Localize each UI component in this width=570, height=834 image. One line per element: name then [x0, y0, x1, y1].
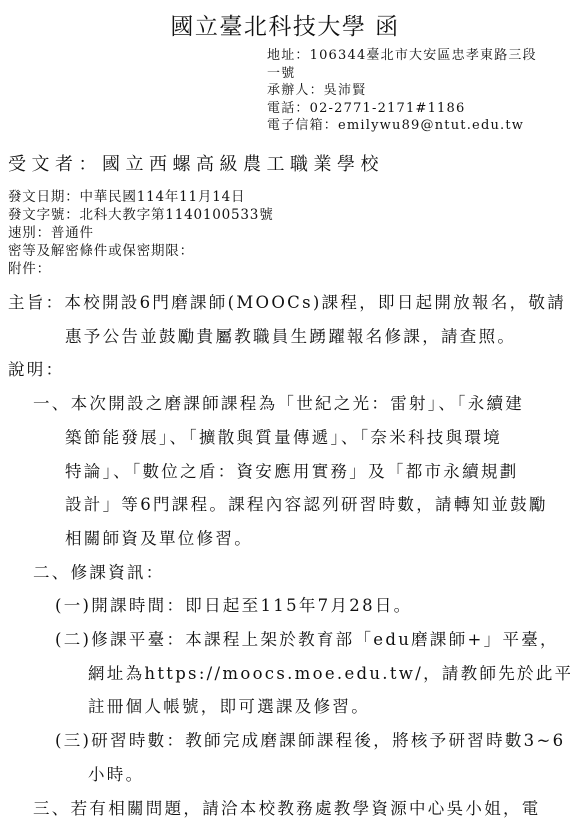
- body-line: (二)修課平臺：本課程上架於教育部「edu磨課師+」平臺，: [0, 623, 570, 657]
- body-line: 特論」、「數位之盾：資安應用實務」及「都市永續規劃: [0, 455, 570, 489]
- body-line: 相關師資及單位修習。: [0, 522, 570, 556]
- official-letter-page: 國立臺北科技大學 函 地址：106344臺北市大安區忠孝東路三段一號承辦人：吳沛…: [0, 0, 570, 834]
- doc-meta-line: 發文字號：北科大教字第1140100533號: [8, 207, 274, 225]
- document-body: 主旨：本校開設6門磨課師(MOOCs)課程，即日起開放報名，敬請惠予公告並鼓勵貴…: [0, 286, 570, 825]
- body-line: 網址為https://moocs.moe.edu.tw/，請教師先於此平臺: [0, 657, 570, 691]
- body-line: 惠予公告並鼓勵貴屬教職員生踴躍報名修課，請查照。: [0, 320, 570, 354]
- recipient-line: 受文者：國立西螺高級農工職業學校: [8, 150, 384, 176]
- doc-meta-line: 密等及解密條件或保密期限：: [8, 243, 274, 261]
- body-line: 設計」等6門課程。課程內容認列研習時數，請轉知並鼓勵: [0, 488, 570, 522]
- doc-meta-line: 速別：普通件: [8, 225, 274, 243]
- body-line: 主旨：本校開設6門磨課師(MOOCs)課程，即日起開放報名，敬請: [0, 286, 570, 320]
- sender-info-line: 一號: [267, 65, 537, 83]
- doc-meta-line: 發文日期：中華民國114年11月14日: [8, 189, 274, 207]
- doc-meta-block: 發文日期：中華民國114年11月14日發文字號：北科大教字第1140100533…: [8, 189, 274, 279]
- sender-info-line: 承辦人：吳沛賢: [267, 82, 537, 100]
- doc-meta-line: 附件：: [8, 261, 274, 279]
- sender-info-line: 地址：106344臺北市大安區忠孝東路三段: [267, 47, 537, 65]
- body-line: 註冊個人帳號，即可選課及修習。: [0, 690, 570, 724]
- body-line: 築節能發展」、「擴散與質量傳遞」、「奈米科技與環境: [0, 421, 570, 455]
- body-line: 一、本次開設之磨課師課程為「世紀之光：雷射」、「永續建: [0, 387, 570, 421]
- document-title: 國立臺北科技大學 函: [0, 8, 570, 41]
- body-line: 三、若有相關問題，請洽本校教務處教學資源中心吳小姐，電: [0, 792, 570, 826]
- body-line: 說明：: [0, 353, 570, 387]
- body-line: (一)開課時間：即日起至115年7月28日。: [0, 589, 570, 623]
- body-line: 小時。: [0, 758, 570, 792]
- body-line: (三)研習時數：教師完成磨課師課程後，將核予研習時數3~6: [0, 724, 570, 758]
- body-line: 二、修課資訊：: [0, 556, 570, 590]
- sender-info-block: 地址：106344臺北市大安區忠孝東路三段一號承辦人：吳沛賢電話：02-2771…: [267, 47, 537, 135]
- sender-info-line: 電話：02-2771-2171#1186: [267, 100, 537, 118]
- sender-info-line: 電子信箱：emilywu89@ntut.edu.tw: [267, 117, 537, 135]
